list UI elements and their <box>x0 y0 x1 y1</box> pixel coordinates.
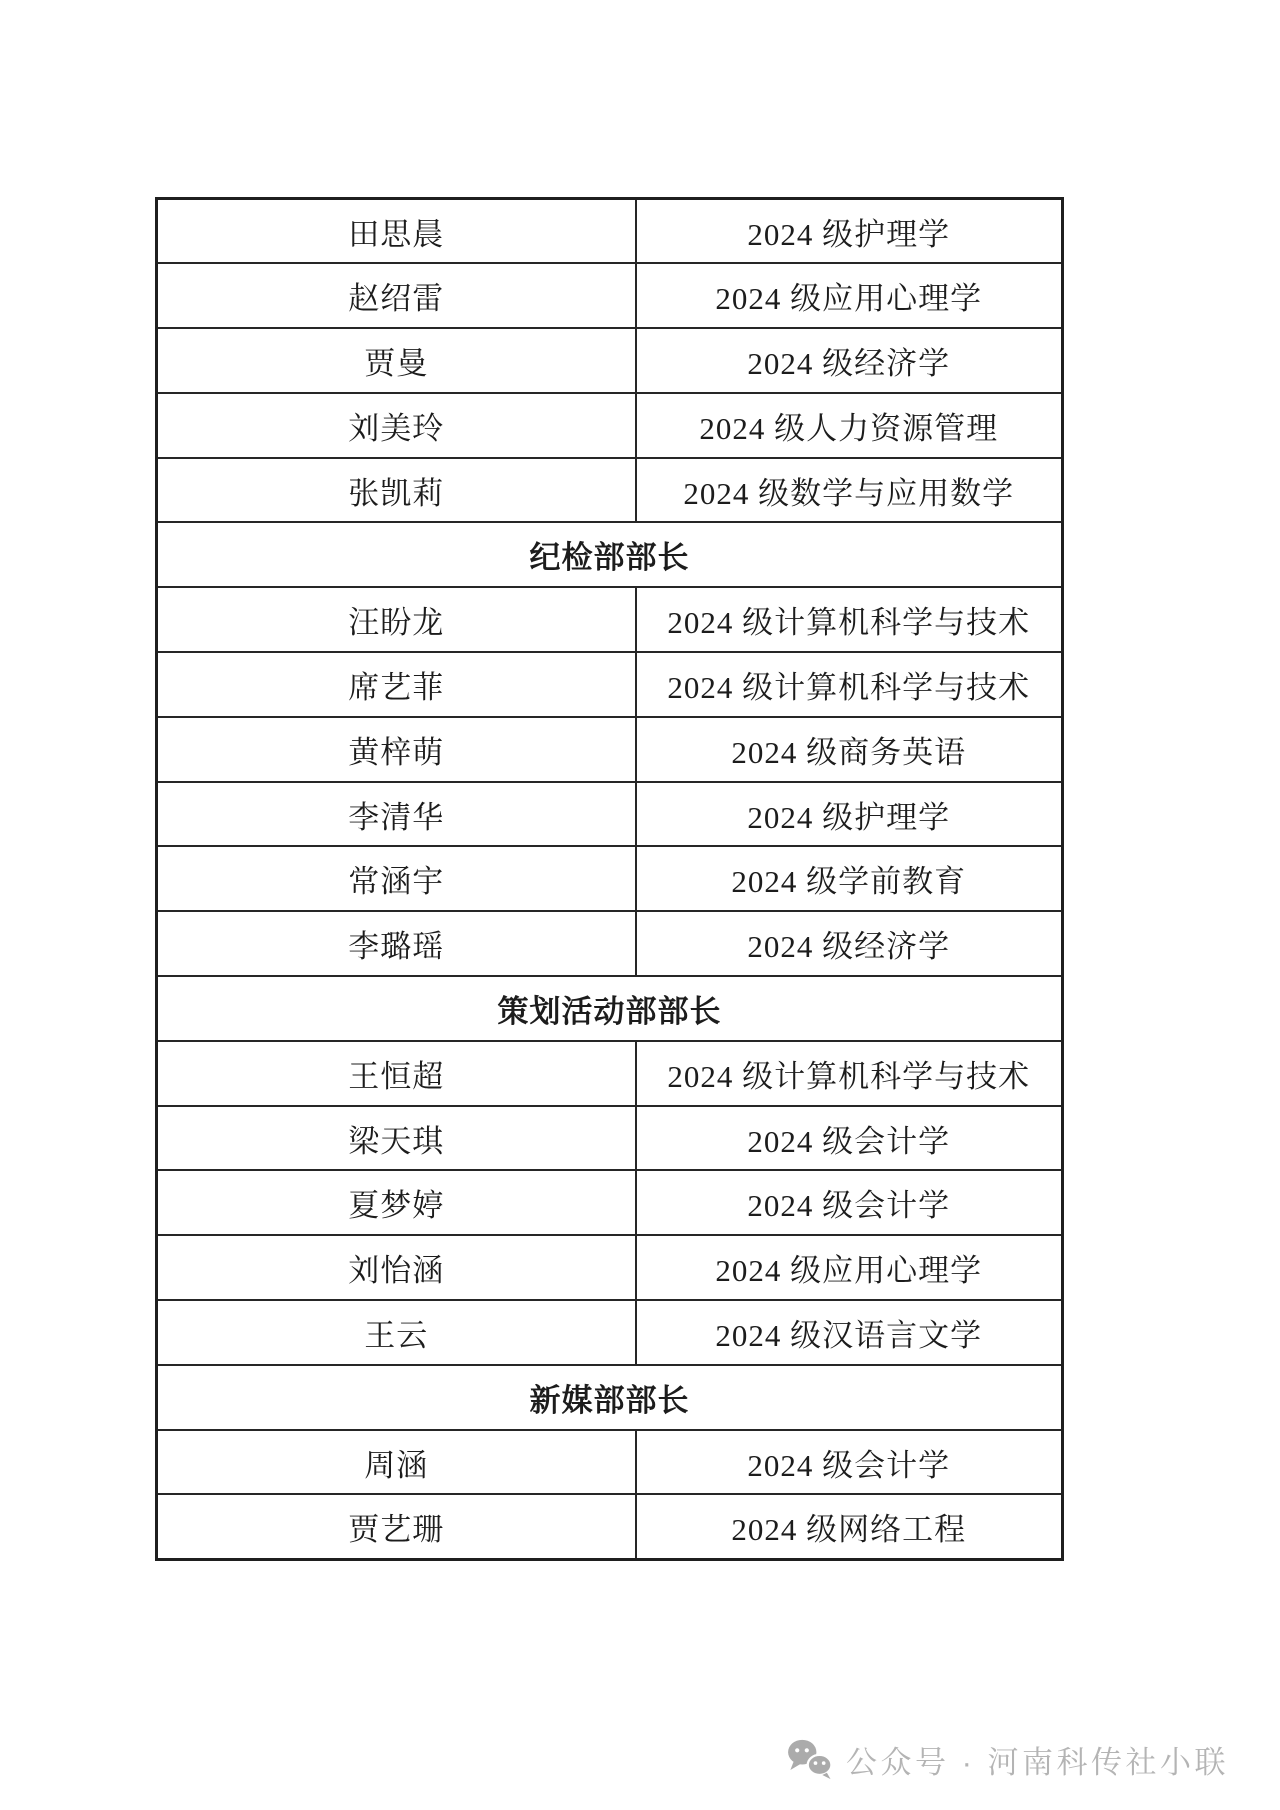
roster-table: 田思晨2024 级护理学赵绍雷2024 级应用心理学贾曼2024 级经济学刘美玲… <box>155 197 1064 1561</box>
table-row: 李璐瑶2024 级经济学 <box>157 911 1063 976</box>
table-row: 李清华2024 级护理学 <box>157 782 1063 847</box>
table-row: 贾曼2024 级经济学 <box>157 328 1063 393</box>
table-row: 贾艺珊2024 级网络工程 <box>157 1494 1063 1559</box>
member-program: 2024 级学前教育 <box>636 846 1063 911</box>
table-row: 汪盼龙2024 级计算机科学与技术 <box>157 587 1063 652</box>
table-row: 周涵2024 级会计学 <box>157 1430 1063 1495</box>
watermark: 公众号 · 河南科传社小联 <box>786 1734 1229 1784</box>
section-header: 纪检部部长 <box>157 522 1063 587</box>
member-program: 2024 级汉语言文学 <box>636 1300 1063 1365</box>
section-header: 新媒部部长 <box>157 1365 1063 1430</box>
member-program: 2024 级护理学 <box>636 782 1063 847</box>
table-row: 常涵宇2024 级学前教育 <box>157 846 1063 911</box>
table-row: 王恒超2024 级计算机科学与技术 <box>157 1041 1063 1106</box>
member-program: 2024 级经济学 <box>636 911 1063 976</box>
roster-table-body: 田思晨2024 级护理学赵绍雷2024 级应用心理学贾曼2024 级经济学刘美玲… <box>157 199 1063 1560</box>
member-name: 周涵 <box>157 1430 636 1495</box>
member-name: 张凯莉 <box>157 458 636 523</box>
member-program: 2024 级应用心理学 <box>636 263 1063 328</box>
table-row: 黄梓萌2024 级商务英语 <box>157 717 1063 782</box>
table-row: 刘美玲2024 级人力资源管理 <box>157 393 1063 458</box>
member-program: 2024 级应用心理学 <box>636 1235 1063 1300</box>
member-name: 赵绍雷 <box>157 263 636 328</box>
member-name: 田思晨 <box>157 199 636 264</box>
member-program: 2024 级会计学 <box>636 1430 1063 1495</box>
member-name: 王恒超 <box>157 1041 636 1106</box>
table-row: 赵绍雷2024 级应用心理学 <box>157 263 1063 328</box>
member-program: 2024 级会计学 <box>636 1170 1063 1235</box>
member-name: 常涵宇 <box>157 846 636 911</box>
table-row: 夏梦婷2024 级会计学 <box>157 1170 1063 1235</box>
table-row: 梁天琪2024 级会计学 <box>157 1106 1063 1171</box>
table-row: 刘怡涵2024 级应用心理学 <box>157 1235 1063 1300</box>
member-program: 2024 级人力资源管理 <box>636 393 1063 458</box>
section-row: 策划活动部部长 <box>157 976 1063 1041</box>
table-row: 田思晨2024 级护理学 <box>157 199 1063 264</box>
section-row: 新媒部部长 <box>157 1365 1063 1430</box>
member-name: 梁天琪 <box>157 1106 636 1171</box>
member-name: 夏梦婷 <box>157 1170 636 1235</box>
member-name: 席艺菲 <box>157 652 636 717</box>
member-program: 2024 级网络工程 <box>636 1494 1063 1559</box>
member-name: 黄梓萌 <box>157 717 636 782</box>
member-program: 2024 级会计学 <box>636 1106 1063 1171</box>
member-name: 李清华 <box>157 782 636 847</box>
document-page: 田思晨2024 级护理学赵绍雷2024 级应用心理学贾曼2024 级经济学刘美玲… <box>0 0 1280 1810</box>
member-program: 2024 级计算机科学与技术 <box>636 652 1063 717</box>
table-row: 席艺菲2024 级计算机科学与技术 <box>157 652 1063 717</box>
watermark-text: 公众号 · 河南科传社小联 <box>846 1737 1229 1782</box>
member-name: 刘怡涵 <box>157 1235 636 1300</box>
member-program: 2024 级护理学 <box>636 199 1063 264</box>
member-name: 贾艺珊 <box>157 1494 636 1559</box>
wechat-icon <box>786 1738 834 1780</box>
member-name: 刘美玲 <box>157 393 636 458</box>
member-program: 2024 级计算机科学与技术 <box>636 1041 1063 1106</box>
member-program: 2024 级经济学 <box>636 328 1063 393</box>
member-name: 李璐瑶 <box>157 911 636 976</box>
table-row: 张凯莉2024 级数学与应用数学 <box>157 458 1063 523</box>
member-name: 汪盼龙 <box>157 587 636 652</box>
member-program: 2024 级商务英语 <box>636 717 1063 782</box>
section-row: 纪检部部长 <box>157 522 1063 587</box>
member-program: 2024 级数学与应用数学 <box>636 458 1063 523</box>
section-header: 策划活动部部长 <box>157 976 1063 1041</box>
member-name: 王云 <box>157 1300 636 1365</box>
member-program: 2024 级计算机科学与技术 <box>636 587 1063 652</box>
member-name: 贾曼 <box>157 328 636 393</box>
table-row: 王云2024 级汉语言文学 <box>157 1300 1063 1365</box>
